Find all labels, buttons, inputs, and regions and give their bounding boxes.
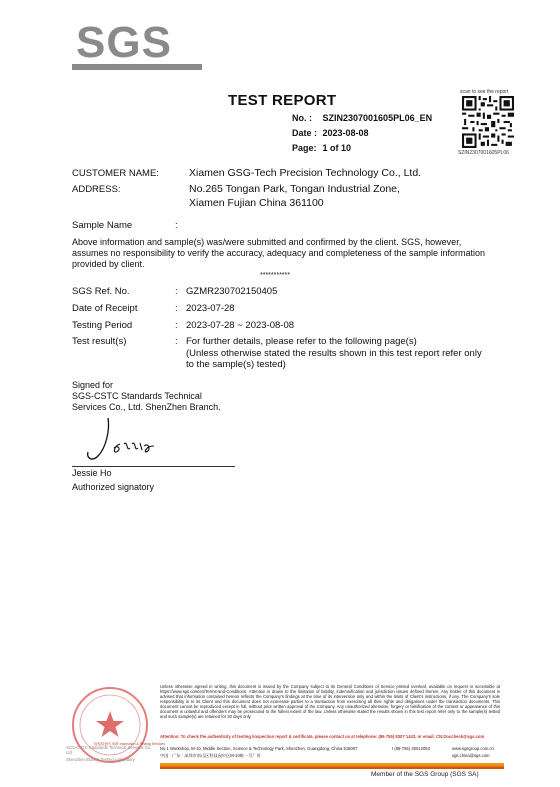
sgs-group-membership: Member of the SGS Group (SGS SA): [371, 771, 479, 778]
sample-name-label: Sample Name: [72, 220, 132, 231]
testing-period-sep: :: [175, 320, 178, 331]
qr-code-icon[interactable]: [462, 96, 514, 148]
email-link[interactable]: sgs.china@sgs.com: [452, 753, 490, 758]
address-en: No.1 Workshop, M-10, Middle Section, Sci…: [160, 746, 360, 751]
address-cn: 中国 · 广东 · 深圳市南山区科技园中区M-10栋一号厂房: [160, 753, 360, 758]
sgs-ref-label: SGS Ref. No.: [72, 286, 130, 297]
report-number: No. : SZIN2307001605PL06_EN: [292, 113, 432, 123]
receipt-date-label: Date of Receipt: [72, 303, 137, 314]
report-page: Page: 1 of 10: [292, 143, 351, 153]
test-result-sep: :: [175, 336, 178, 347]
report-date: Date : 2023-08-08: [292, 128, 369, 138]
phone: t (86-755) 26012053: [392, 746, 430, 751]
testing-period-label: Testing Period: [72, 320, 132, 331]
customer-name-label: CUSTOMER NAME:: [72, 168, 159, 179]
address-label: ADDRESS:: [72, 184, 121, 195]
test-result-note-2: to the sample(s) tested): [186, 359, 286, 370]
address-line-1: No.265 Tongan Park, Tongan Industrial Zo…: [189, 183, 400, 195]
test-result-value: For further details, please refer to the…: [186, 336, 417, 347]
customer-name: Xiamen GSG-Tech Precision Technology Co.…: [189, 167, 421, 179]
test-result-note-1: (Unless otherwise stated the results sho…: [186, 348, 482, 359]
signed-for: Signed for: [72, 380, 113, 391]
signer-name: Jessie Ho: [72, 468, 112, 479]
receipt-date-value: 2023-07-28: [186, 303, 235, 314]
receipt-date-sep: :: [175, 303, 178, 314]
website-link[interactable]: www.sgsgroup.com.cn: [452, 746, 494, 751]
section-separator: ***********: [260, 272, 290, 279]
sample-disclaimer: Above information and sample(s) was/were…: [72, 237, 490, 270]
sgs-logo: SGS: [76, 18, 172, 68]
testing-period-value: 2023-07-28 ~ 2023-08-08: [186, 320, 294, 331]
authenticity-notice: Attention: To check the authenticity of …: [160, 734, 500, 739]
sample-name-sep: :: [175, 220, 178, 231]
qr-id: SZIN2307001605PL06: [458, 150, 509, 156]
sgs-ref-value: GZMR230702150405: [186, 286, 277, 297]
legal-disclaimer: Unless otherwise agreed in writing, this…: [160, 684, 500, 719]
report-title: TEST REPORT: [228, 92, 336, 109]
qr-caption: scan to see the report: [460, 89, 508, 95]
address-line-2: Xiamen Fujian China 361100: [189, 197, 324, 209]
sgs-ref-sep: :: [175, 286, 178, 297]
logo-underline: [72, 64, 202, 70]
stamp-caption-2: Shenzhen Branch Testing Laboratory: [66, 757, 156, 762]
handwritten-signature: [80, 410, 170, 468]
signature-line: [72, 466, 235, 467]
footer-color-bar: [160, 763, 504, 769]
signer-role: Authorized signatory: [72, 482, 154, 493]
stamp-caption-1: SGS-CSTC Standards Technical Services Co…: [66, 745, 156, 755]
test-result-label: Test result(s): [72, 336, 126, 347]
signing-company-1: SGS-CSTC Standards Technical: [72, 391, 202, 402]
